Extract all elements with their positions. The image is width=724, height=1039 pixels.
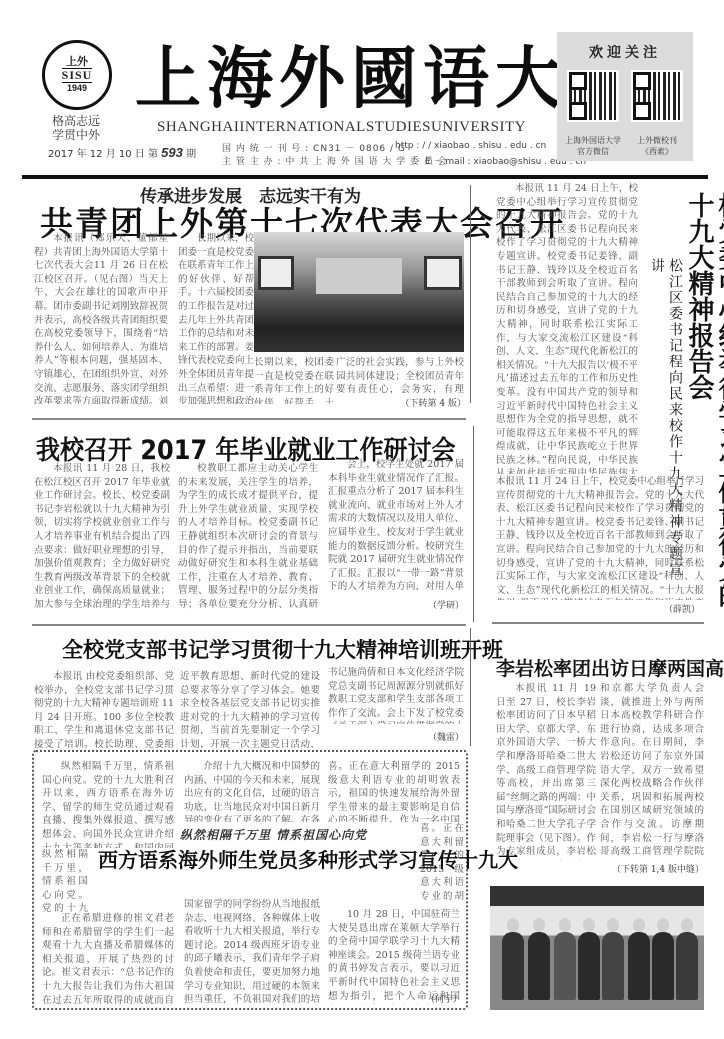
date-text: 2017 年 12 月 10 日 第 [48,149,158,160]
continued-note: （下转第 1,4 版中缝） [600,862,704,875]
article-credit: （薛凯） [640,602,700,615]
title-en-word: INTERNATIONAL [239,119,365,136]
article-body-col2: 长期以来，校团委一直是校党委在联系青年工作上的好伙伴、好帮手。十六届校团委的工作… [178,232,254,404]
title-en-word: STUDIES [366,119,431,136]
delegation-photo [490,886,704,1010]
article-body-col1: 本报讯 由校党委组织部、党校举办，全校党支部书记学习贯彻党的十九大精神专题培训班… [34,670,174,748]
congress-photo [254,232,464,352]
column-divider [470,628,471,746]
wechat-qr-code[interactable] [567,70,619,122]
qr1-caption: 上海外国语大学 官方微信 [562,135,624,157]
article-body-col1: 本报讯 11 月 19 日至 27 日，校长李岩松率团访问了日本早稻田大学、京都… [496,682,596,860]
newspaper-title-en: SHANGHAI INTERNATIONAL STUDIES UNIVERSIT… [157,119,507,136]
article-body-col3b: 10 月 28 日，中国驻荷兰大使吴恳出席在莱顿大学举行的全荷中国学联学习十九大… [328,908,460,1004]
section-rule [32,624,466,626]
motto-line-1: 格高志远 [52,114,100,128]
article-credit: （学研） [420,598,464,611]
article-body-col3a: 喜。正在意大利留学的 2015 级意大利语专业的胡明敦表示，祖国的快速发展给海外… [328,760,460,822]
microjournal-qr-code[interactable] [631,70,683,122]
article-body-col2: 近平教育思想、新时代党的建设总要求等分享了学习体会。她要求全校各基层党支部书记切… [180,670,320,748]
article-body-theory-cont: 本报讯 11 月 24 日上午，校党委中心组举行学习宣传贯彻党的十九大精神报告会… [496,475,704,600]
logo-year: 1949 [67,83,87,94]
article-headline[interactable]: 李岩松率团出访日摩两国高校 [496,654,724,681]
issue-date: 2017 年 12 月 10 日 第 593 期 [48,145,196,160]
article-body-col1a: 纵然相隔千万里，情系祖国心向党。党的十九大胜利召开以来，西方语系在海外访学、留学… [42,760,174,848]
follow-title: 欢迎关注 [557,42,693,62]
follow-panel: 欢迎关注 上海外国语大学 官方微信 上外微校刊 《西索》 [557,32,693,161]
article-headline[interactable]: 全校党支部书记学习贯彻十九大精神培训班开班 [62,634,503,664]
logo-middle-text: SISU [62,68,93,83]
article-body-col2b: 长期以来，校团委一直是校党委在联系青年工作上的好伙伴、好帮手。十六届校团委的工作… [254,356,334,404]
section-rule [492,622,704,624]
column-divider [470,185,471,403]
issue-number: 593 [161,145,183,160]
caption-line: 上外微校刊 [626,135,688,146]
issue-suffix: 期 [186,149,196,160]
sponsor-line: 主 管 主 办 : 中 共 上 海 外 国 语 大 学 委 员 会 [222,154,448,167]
article-body-col1a-narrow: 纵然相隔千万里，情系祖国心向党。党的十九大胜利召开以来，西方语系在海外访学、留学… [42,848,88,914]
website-link[interactable]: http : / / xiaobao . shisu . edu . cn [395,141,546,151]
section-rule [32,418,466,420]
article-body-col3: 会上，校学生处就 2017 届本科毕业生就业情况作了汇报。汇报重点分析了 201… [328,458,464,594]
article-credit: （何宇） [418,992,462,1005]
cn-number: 国 内 统 一 刊 号 : CN31 － 0806 / G [222,141,406,154]
article-body-col1: 本报讯 11 月 28 日，我校在松江校区召开 2017 年毕业就业工作研讨会。… [34,462,170,610]
article-body-col3: 广泛的社会实践，参与上外校园共同体建设；全校团员青年要有责任心，会务实，有理想，… [336,356,464,396]
article-body-col3: 书记施尚倩和日本文化经济学院党总支副书记周源源分别就抓好教职工党支部和学生支部各… [328,666,464,724]
motto-line-2: 学贯中外 [52,128,100,142]
continued-note: （下转第 4 版） [400,396,466,409]
article-body-col2: 和京都大学负责人会谈，就推进上外与两所日本高校教学科研合作进行协商，达成多项合作… [600,682,704,860]
title-en-word: UNIVERSITY [431,119,526,136]
motto: 格高志远 学贯中外 [52,114,100,142]
column-divider [473,426,474,622]
article-body-col1b: 正在希腊进修的崔文君老师和在希腊留学的学生们一起观看十九大直播及希腊媒体的相关报… [42,912,174,1006]
article-body-col2b: 国家留学的同学纷纷从当地报纸杂志、电视网络、各种媒体上收看收听十九大相关报道，举… [184,898,320,1006]
article-body-theory: 本报讯 11 月 24 日上午，校党委中心组举行学习宣传贯彻党的十九大精神报告会… [496,182,638,474]
article-kicker: 纵然相隔千万里 情系祖国心向党 [180,826,367,843]
article-credit: （魏雷） [420,730,464,743]
caption-line: 上海外国语大学 [562,135,624,146]
masthead-rule [22,175,708,179]
article-body-col1: 本报讯（郑乐天、董郁星程）共青团上海外国语大学第十七次代表大会11 月 26 日… [34,232,168,404]
university-logo: 上外 SISU 1949 [42,40,112,110]
logo-top-text: 上外 [66,56,88,68]
qr2-caption: 上外微校刊 《西索》 [626,135,688,157]
title-en-word: SHANGHAI [157,119,239,136]
caption-line: 官方微信 [562,146,624,157]
caption-line: 《西索》 [626,146,688,157]
article-body-col2: 校教职工都应主动关心学生的未来发展，关注学生的培养，为学生的成长成才提供平台，提… [178,462,318,610]
article-headline[interactable]: 西方语系海外师生党员多种形式学习宣传十九大 [98,844,518,873]
article-body-col2a: 介绍十九大概况和中国梦的内涵、中国的今天和未来，展现出应有的文化自信，过硬的语言… [184,760,320,822]
